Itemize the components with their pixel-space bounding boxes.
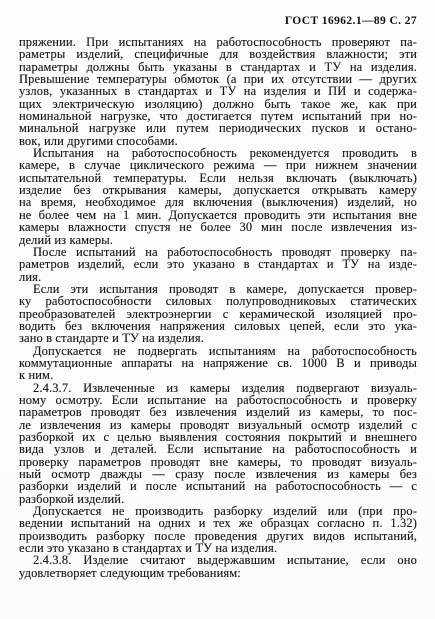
text-line: камере, в случае циклического режима — п…	[19, 159, 417, 171]
text-line: ку работоспособности силовых полупроводн…	[19, 295, 417, 307]
text-line: камеры влажности спустя не более 30 мин …	[19, 221, 417, 233]
text-line: раметров изделий, если это указано в ста…	[19, 258, 417, 270]
text-line: вида узлов и деталей. Если испытание на …	[19, 443, 417, 455]
text-line: раметры изделий, специфичные для воздейс…	[19, 48, 417, 60]
text-line: коммутационные аппараты на напряжение св…	[19, 357, 417, 369]
paragraph: 2.4.3.7. Извлеченные из камеры изделия п…	[19, 382, 417, 505]
text-line: удовлетворяет следующим требованиям:	[19, 567, 417, 579]
text-line: ведении испытаний на одних и тех же обра…	[19, 517, 417, 529]
text-line: к ним.	[19, 369, 417, 381]
paragraph: После испытаний на работоспособность про…	[19, 246, 417, 283]
paragraph: 2.4.3.8. Изделие считают выдержавшим исп…	[19, 554, 417, 579]
text-line: узлов, указанных в стандартах и ТУ на из…	[19, 85, 417, 97]
document-page: ГОСТ 16962.1—89 С. 27 пряжении. При испы…	[0, 0, 435, 619]
page-header: ГОСТ 16962.1—89 С. 27	[19, 15, 417, 27]
text-line: минальной нагрузке или путем периодическ…	[19, 122, 417, 134]
text-line: на время, необходимое для включения (вык…	[19, 196, 417, 208]
paragraph: Допускается не производить разборку изде…	[19, 505, 417, 554]
paragraph: Если эти испытания проводят в камере, до…	[19, 283, 417, 345]
text-line: параметров проводят без извлечения издел…	[19, 406, 417, 418]
paragraph: Допускается не подвергать испытаниям на …	[19, 345, 417, 382]
text-line: разборки изделий и после испытаний на ра…	[19, 480, 417, 492]
document-body: пряжении. При испытаниях на работоспособ…	[19, 36, 417, 579]
text-line: зано в стандарте и ТУ на изделия.	[19, 332, 417, 344]
gost-number: ГОСТ 16962.1—89 С. 27	[285, 15, 417, 27]
paragraph: пряжении. При испытаниях на работоспособ…	[19, 36, 417, 147]
paragraph: Испытания на работоспособность рекоменду…	[19, 147, 417, 246]
text-line: 2.4.3.8. Изделие считают выдержавшим исп…	[19, 554, 417, 566]
text-line: делий из камеры.	[19, 234, 417, 246]
